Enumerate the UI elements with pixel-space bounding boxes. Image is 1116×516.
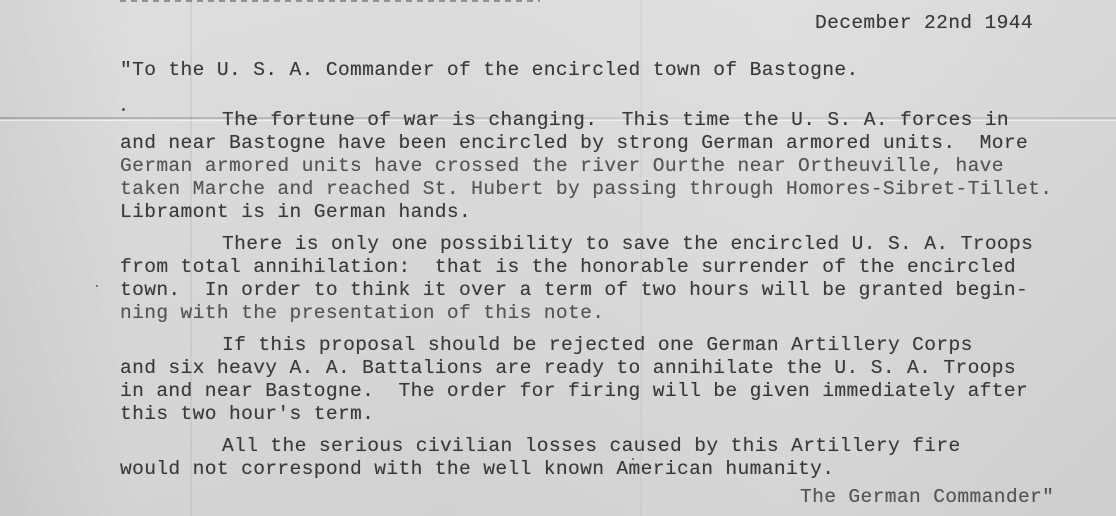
body-line: ning with the presentation of this note. (120, 302, 604, 324)
body-line: All the serious civilian losses caused b… (222, 435, 961, 457)
body-line: If this proposal should be rejected one … (222, 334, 973, 356)
body-line: German armored units have crossed the ri… (120, 155, 1004, 177)
paper-speck (96, 285, 98, 287)
letter-salutation: "To the U. S. A. Commander of the encirc… (120, 59, 859, 81)
letter-date: December 22nd 1944 (815, 12, 1033, 34)
body-line: from total annihilation: that is the hon… (120, 256, 1016, 278)
body-line: in and near Bastogne. The order for firi… (120, 380, 1028, 402)
body-line: would not correspond with the well known… (120, 458, 834, 480)
scanned-letter-page: December 22nd 1944 "To the U. S. A. Comm… (0, 0, 1116, 516)
paper-speck (122, 108, 125, 111)
letter-signature: The German Commander" (800, 486, 1054, 508)
body-line: and six heavy A. A. Battalions are ready… (120, 357, 1016, 379)
body-line: Libramont is in German hands. (120, 201, 471, 223)
body-line: taken Marche and reached St. Hubert by p… (120, 178, 1052, 200)
body-line: and near Bastogne have been encircled by… (120, 132, 1028, 154)
body-line: town. In order to think it over a term o… (120, 279, 1028, 301)
cropped-top-line (120, 0, 540, 6)
body-line: The fortune of war is changing. This tim… (222, 109, 1009, 131)
body-line: this two hour's term. (120, 403, 374, 425)
body-line: There is only one possibility to save th… (222, 233, 1033, 255)
